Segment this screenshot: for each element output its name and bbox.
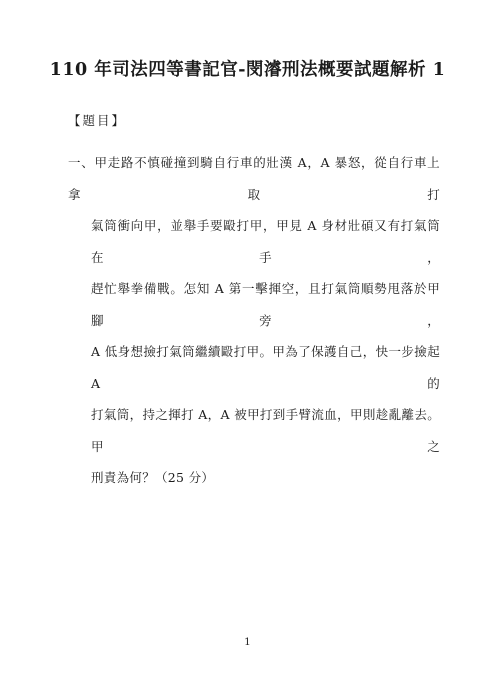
question-line: A 低身想撿打氣筒繼續毆打甲。甲為了保護自己，快一步撿起 A 的 [68, 336, 440, 399]
question-paragraph: 一、甲走路不慎碰撞到騎自行車的壯漢 A，A 暴怒，從自行車上拿取打 氣筒衝向甲，… [68, 147, 440, 494]
question-line: 一、甲走路不慎碰撞到騎自行車的壯漢 A，A 暴怒，從自行車上拿取打 [68, 147, 440, 210]
question-line: 趕忙舉拳備戰。怎知 A 第一擊揮空，且打氣筒順勢甩落於甲腳旁， [68, 273, 440, 336]
page-number: 1 [0, 636, 495, 648]
section-label-question: 【題目】 [68, 111, 126, 129]
document-page: 110 年司法四等書記官-閔濬刑法概要試題解析 1 【題目】 一、甲走路不慎碰撞… [0, 0, 495, 700]
document-title: 110 年司法四等書記官-閔濬刑法概要試題解析 1 [0, 56, 495, 81]
question-line: 打氣筒，持之揮打 A，A 被甲打到手臂流血，甲則趁亂離去。甲之 [68, 399, 440, 462]
question-line: 氣筒衝向甲，並舉手要毆打甲，甲見 A 身材壯碩又有打氣筒在手， [68, 210, 440, 273]
question-line: 刑責為何？（25 分） [68, 462, 440, 494]
